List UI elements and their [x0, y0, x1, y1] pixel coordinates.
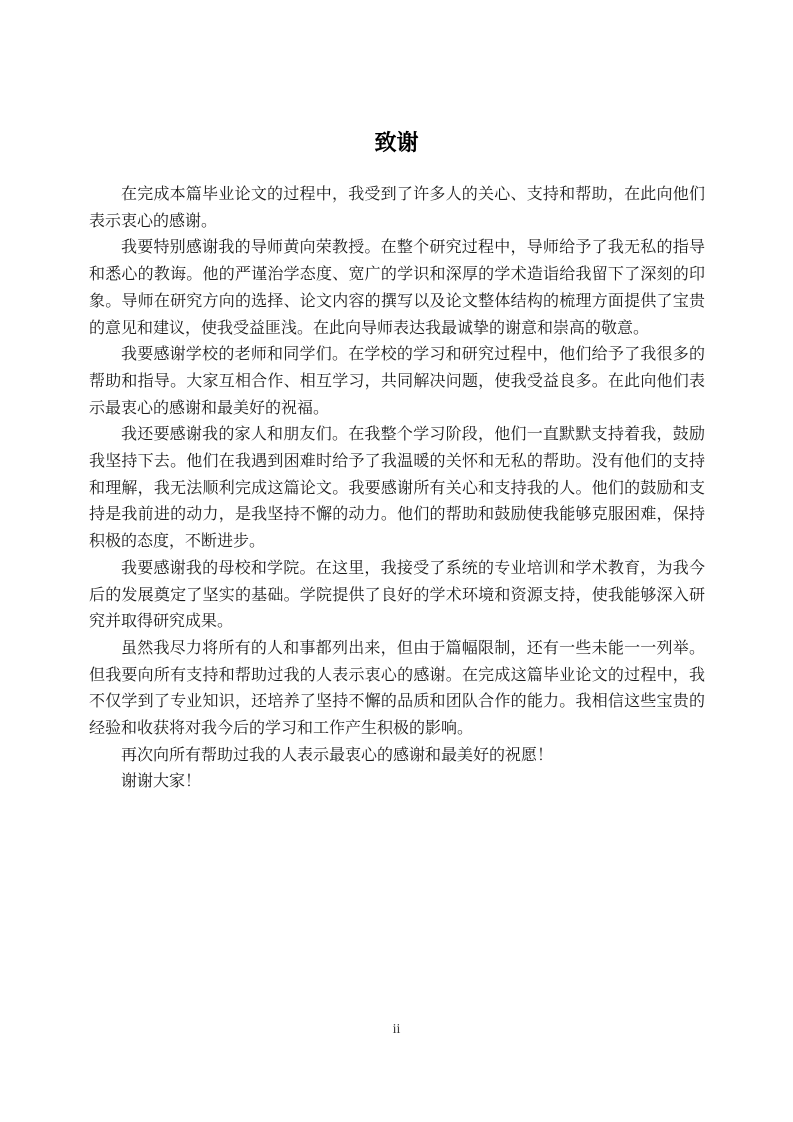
- paragraph-summary: 虽然我尽力将所有的人和事都列出来，但由于篇幅限制，还有一些未能一一列举。但我要向…: [89, 636, 705, 743]
- paragraph-final-thanks: 再次向所有帮助过我的人表示最衷心的感谢和最美好的祝愿！: [89, 743, 705, 770]
- page-title: 致谢: [0, 128, 793, 158]
- paragraph-intro: 在完成本篇毕业论文的过程中，我受到了许多人的关心、支持和帮助，在此向他们表示衷心…: [89, 182, 705, 235]
- page-number: ii: [393, 1022, 401, 1037]
- paragraph-closing: 谢谢大家！: [89, 769, 705, 796]
- document-body: 在完成本篇毕业论文的过程中，我受到了许多人的关心、支持和帮助，在此向他们表示衷心…: [89, 182, 705, 796]
- paragraph-college-thanks: 我要感谢我的母校和学院。在这里，我接受了系统的专业培训和学术教育，为我今后的发展…: [89, 556, 705, 636]
- paragraph-advisor-thanks: 我要特别感谢我的导师黄向荣教授。在整个研究过程中，导师给予了我无私的指导和悉心的…: [89, 235, 705, 342]
- page-footer: ii: [0, 1021, 793, 1039]
- document-page: 致谢 在完成本篇毕业论文的过程中，我受到了许多人的关心、支持和帮助，在此向他们表…: [0, 0, 793, 1122]
- paragraph-school-thanks: 我要感谢学校的老师和同学们。在学校的学习和研究过程中，他们给予了我很多的帮助和指…: [89, 342, 705, 422]
- paragraph-family-thanks: 我还要感谢我的家人和朋友们。在我整个学习阶段，他们一直默默支持着我，鼓励我坚持下…: [89, 422, 705, 556]
